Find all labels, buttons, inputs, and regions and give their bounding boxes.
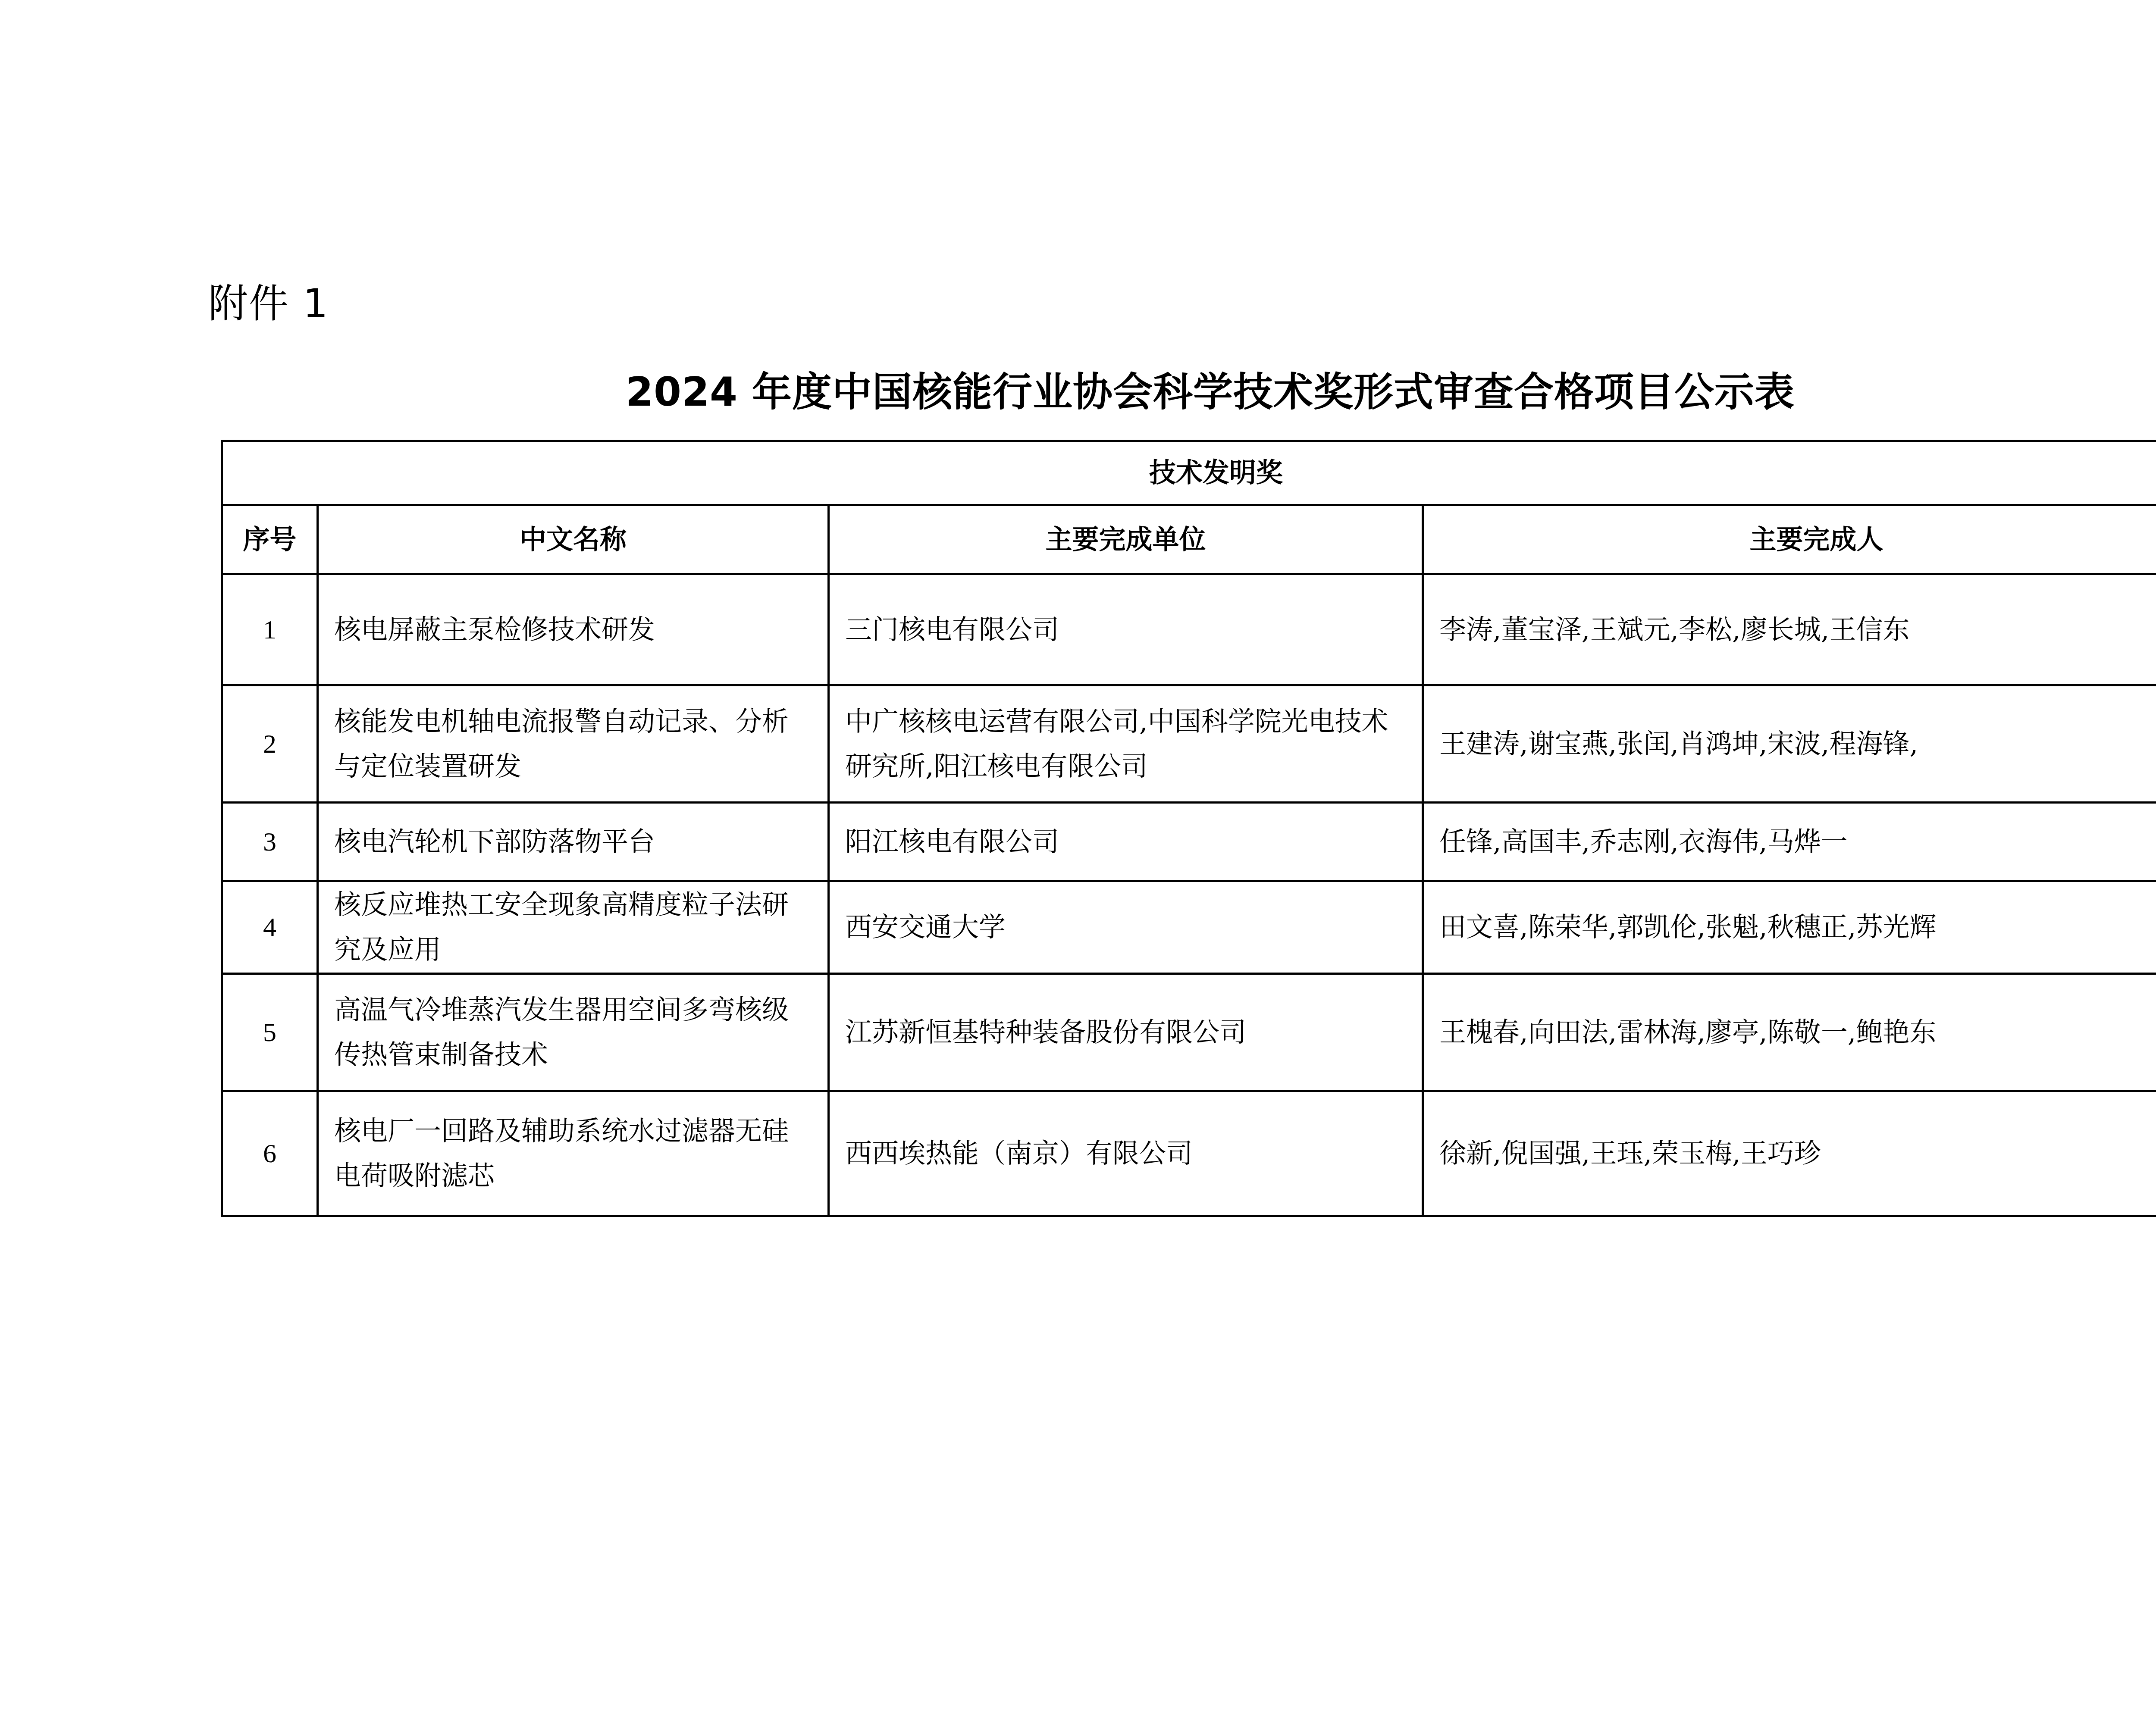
header-unit: 主要完成单位 [829,505,1423,574]
row-people: 王槐春,向田法,雷林海,廖亭,陈敬一,鲍艳东 [1423,974,2156,1091]
row-name: 核能发电机轴电流报警自动记录、分析与定位装置研发 [318,685,829,803]
row-seq: 1 [222,574,318,685]
row-name: 核反应堆热工安全现象高精度粒子法研究及应用 [318,881,829,974]
attachment-label: 附件 1 [208,278,329,330]
row-people: 李涛,董宝泽,王斌元,李松,廖长城,王信东 [1423,574,2156,685]
row-name: 核电厂一回路及辅助系统水过滤器无硅电荷吸附滤芯 [318,1091,829,1216]
table-row: 1 核电屏蔽主泵检修技术研发 三门核电有限公司 李涛,董宝泽,王斌元,李松,廖长… [222,574,2156,685]
row-unit: 西西埃热能（南京）有限公司 [829,1091,1423,1216]
header-people: 主要完成人 [1423,505,2156,574]
row-name: 核电汽轮机下部防落物平台 [318,803,829,881]
row-seq: 6 [222,1091,318,1216]
row-people: 田文喜,陈荣华,郭凯伦,张魁,秋穗正,苏光辉 [1423,881,2156,974]
row-seq: 4 [222,881,318,974]
header-row: 序号 中文名称 主要完成单位 主要完成人 [222,505,2156,574]
row-name: 高温气冷堆蒸汽发生器用空间多弯核级传热管束制备技术 [318,974,829,1091]
row-unit: 西安交通大学 [829,881,1423,974]
page-title: 2024 年度中国核能行业协会科学技术奖形式审查合格项目公示表 [0,366,2156,418]
table-row: 6 核电厂一回路及辅助系统水过滤器无硅电荷吸附滤芯 西西埃热能（南京）有限公司 … [222,1091,2156,1216]
row-unit: 阳江核电有限公司 [829,803,1423,881]
table-row: 4 核反应堆热工安全现象高精度粒子法研究及应用 西安交通大学 田文喜,陈荣华,郭… [222,881,2156,974]
category-row: 技术发明奖 [222,441,2156,505]
row-unit: 三门核电有限公司 [829,574,1423,685]
row-unit: 中广核核电运营有限公司,中国科学院光电技术研究所,阳江核电有限公司 [829,685,1423,803]
row-unit: 江苏新恒基特种装备股份有限公司 [829,974,1423,1091]
table-row: 3 核电汽轮机下部防落物平台 阳江核电有限公司 任锋,高国丰,乔志刚,衣海伟,马… [222,803,2156,881]
row-people: 王建涛,谢宝燕,张闰,肖鸿坤,宋波,程海锋, [1423,685,2156,803]
table-row: 2 核能发电机轴电流报警自动记录、分析与定位装置研发 中广核核电运营有限公司,中… [222,685,2156,803]
category-title: 技术发明奖 [222,441,2156,505]
row-people: 任锋,高国丰,乔志刚,衣海伟,马烨一 [1423,803,2156,881]
table-row: 5 高温气冷堆蒸汽发生器用空间多弯核级传热管束制备技术 江苏新恒基特种装备股份有… [222,974,2156,1091]
row-seq: 3 [222,803,318,881]
row-seq: 5 [222,974,318,1091]
row-seq: 2 [222,685,318,803]
header-name: 中文名称 [318,505,829,574]
row-name: 核电屏蔽主泵检修技术研发 [318,574,829,685]
header-seq: 序号 [222,505,318,574]
award-table: 技术发明奖 序号 中文名称 主要完成单位 主要完成人 1 核电屏蔽主泵检修技术研… [221,440,2156,1217]
row-people: 徐新,倪国强,王珏,荣玉梅,王巧珍 [1423,1091,2156,1216]
